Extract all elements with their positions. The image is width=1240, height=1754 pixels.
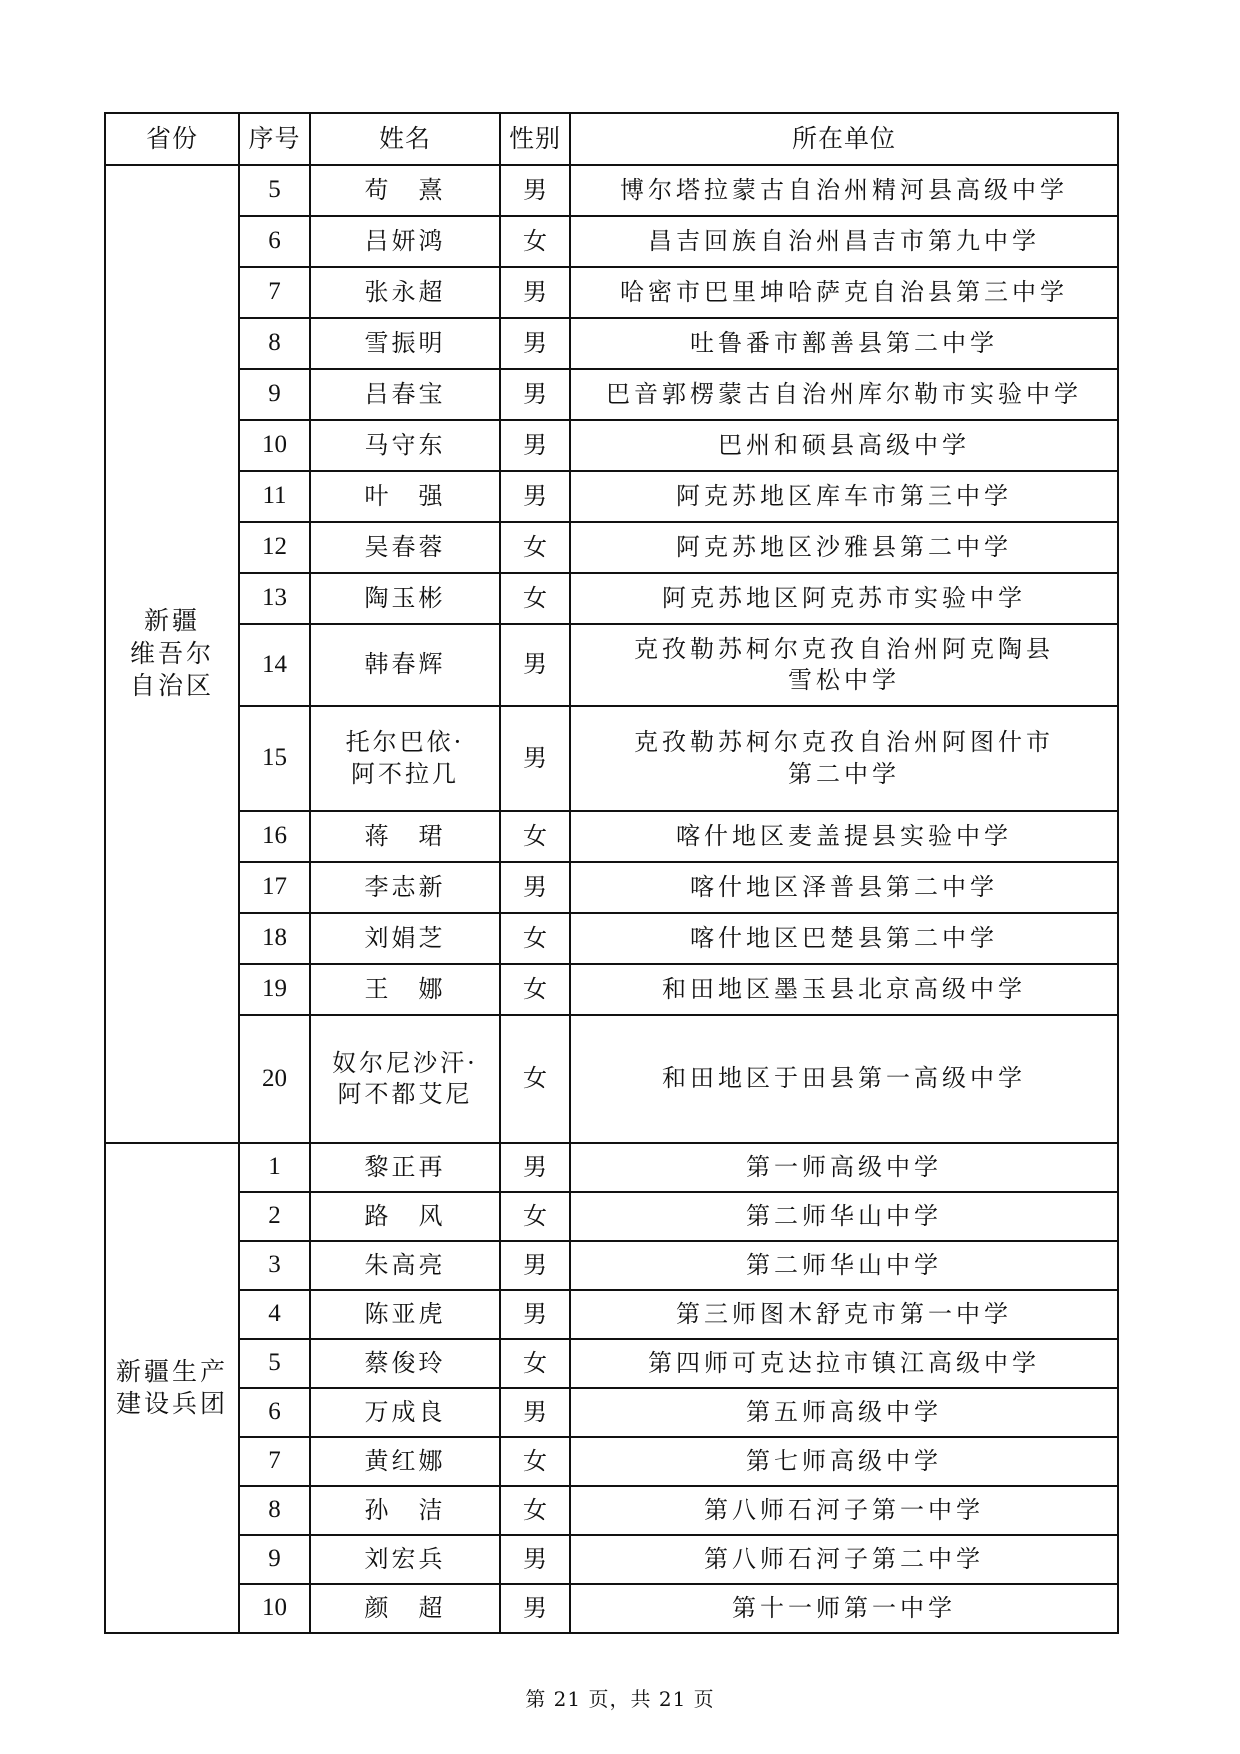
unit-cell: 第四师可克达拉市镇江高级中学 — [570, 1339, 1118, 1388]
name-cell: 吕春宝 — [310, 369, 500, 420]
unit-cell: 克孜勒苏柯尔克孜自治州阿克陶县 雪松中学 — [570, 624, 1118, 706]
name-cell: 吕妍鸿 — [310, 216, 500, 267]
table-row: 9吕春宝男巴音郭楞蒙古自治州库尔勒市实验中学 — [105, 369, 1118, 420]
table-header-row: 省份 序号 姓名 性别 所在单位 — [105, 113, 1118, 165]
unit-cell: 喀什地区泽普县第二中学 — [570, 862, 1118, 913]
index-cell: 10 — [239, 420, 310, 471]
gender-cell: 男 — [500, 165, 570, 216]
gender-cell: 女 — [500, 1437, 570, 1486]
table-row: 10颜 超男第十一师第一中学 — [105, 1584, 1118, 1633]
table-row: 4陈亚虎男第三师图木舒克市第一中学 — [105, 1290, 1118, 1339]
table-row: 13陶玉彬女阿克苏地区阿克苏市实验中学 — [105, 573, 1118, 624]
header-unit: 所在单位 — [570, 113, 1118, 165]
unit-cell: 巴音郭楞蒙古自治州库尔勒市实验中学 — [570, 369, 1118, 420]
province-cell: 新疆生产 建设兵团 — [105, 1143, 239, 1633]
unit-cell: 阿克苏地区库车市第三中学 — [570, 471, 1118, 522]
gender-cell: 女 — [500, 811, 570, 862]
name-cell: 陈亚虎 — [310, 1290, 500, 1339]
index-cell: 5 — [239, 1339, 310, 1388]
index-cell: 8 — [239, 1486, 310, 1535]
gender-cell: 女 — [500, 964, 570, 1015]
name-cell: 雪振明 — [310, 318, 500, 369]
name-cell: 奴尔尼沙汗· 阿不都艾尼 — [310, 1015, 500, 1143]
gender-cell: 男 — [500, 1290, 570, 1339]
table-row: 6万成良男第五师高级中学 — [105, 1388, 1118, 1437]
unit-cell: 第八师石河子第一中学 — [570, 1486, 1118, 1535]
table-row: 7黄红娜女第七师高级中学 — [105, 1437, 1118, 1486]
unit-cell: 阿克苏地区阿克苏市实验中学 — [570, 573, 1118, 624]
index-cell: 11 — [239, 471, 310, 522]
gender-cell: 男 — [500, 624, 570, 706]
unit-cell: 第十一师第一中学 — [570, 1584, 1118, 1633]
header-name: 姓名 — [310, 113, 500, 165]
table-row: 7张永超男哈密市巴里坤哈萨克自治县第三中学 — [105, 267, 1118, 318]
unit-cell: 喀什地区麦盖提县实验中学 — [570, 811, 1118, 862]
index-cell: 17 — [239, 862, 310, 913]
unit-cell: 阿克苏地区沙雅县第二中学 — [570, 522, 1118, 573]
gender-cell: 男 — [500, 1388, 570, 1437]
gender-cell: 男 — [500, 1535, 570, 1584]
gender-cell: 男 — [500, 420, 570, 471]
table-row: 15托尔巴依· 阿不拉几男克孜勒苏柯尔克孜自治州阿图什市 第二中学 — [105, 706, 1118, 811]
unit-cell: 博尔塔拉蒙古自治州精河县高级中学 — [570, 165, 1118, 216]
index-cell: 5 — [239, 165, 310, 216]
gender-cell: 女 — [500, 216, 570, 267]
index-cell: 1 — [239, 1143, 310, 1192]
province-cell: 新疆 维吾尔 自治区 — [105, 165, 239, 1143]
table-row: 17李志新男喀什地区泽普县第二中学 — [105, 862, 1118, 913]
gender-cell: 男 — [500, 267, 570, 318]
table-row: 2路 风女第二师华山中学 — [105, 1192, 1118, 1241]
gender-cell: 女 — [500, 1339, 570, 1388]
name-cell: 刘娟芝 — [310, 913, 500, 964]
index-cell: 7 — [239, 1437, 310, 1486]
table-row: 新疆 维吾尔 自治区5苟 熹男博尔塔拉蒙古自治州精河县高级中学 — [105, 165, 1118, 216]
name-cell: 托尔巴依· 阿不拉几 — [310, 706, 500, 811]
index-cell: 6 — [239, 216, 310, 267]
header-province: 省份 — [105, 113, 239, 165]
index-cell: 12 — [239, 522, 310, 573]
roster-table: 省份 序号 姓名 性别 所在单位 新疆 维吾尔 自治区5苟 熹男博尔塔拉蒙古自治… — [104, 112, 1119, 1634]
unit-cell: 吐鲁番市鄯善县第二中学 — [570, 318, 1118, 369]
name-cell: 孙 洁 — [310, 1486, 500, 1535]
index-cell: 15 — [239, 706, 310, 811]
name-cell: 王 娜 — [310, 964, 500, 1015]
unit-cell: 和田地区于田县第一高级中学 — [570, 1015, 1118, 1143]
unit-cell: 第八师石河子第二中学 — [570, 1535, 1118, 1584]
index-cell: 10 — [239, 1584, 310, 1633]
name-cell: 李志新 — [310, 862, 500, 913]
name-cell: 蒋 珺 — [310, 811, 500, 862]
index-cell: 14 — [239, 624, 310, 706]
index-cell: 9 — [239, 369, 310, 420]
unit-cell: 喀什地区巴楚县第二中学 — [570, 913, 1118, 964]
unit-cell: 第一师高级中学 — [570, 1143, 1118, 1192]
unit-cell: 和田地区墨玉县北京高级中学 — [570, 964, 1118, 1015]
gender-cell: 男 — [500, 1584, 570, 1633]
unit-cell: 哈密市巴里坤哈萨克自治县第三中学 — [570, 267, 1118, 318]
index-cell: 3 — [239, 1241, 310, 1290]
name-cell: 颜 超 — [310, 1584, 500, 1633]
name-cell: 路 风 — [310, 1192, 500, 1241]
name-cell: 吴春蓉 — [310, 522, 500, 573]
table-row: 14韩春辉男克孜勒苏柯尔克孜自治州阿克陶县 雪松中学 — [105, 624, 1118, 706]
unit-cell: 昌吉回族自治州昌吉市第九中学 — [570, 216, 1118, 267]
unit-cell: 第三师图木舒克市第一中学 — [570, 1290, 1118, 1339]
table-row: 3朱高亮男第二师华山中学 — [105, 1241, 1118, 1290]
unit-cell: 第二师华山中学 — [570, 1192, 1118, 1241]
gender-cell: 男 — [500, 471, 570, 522]
name-cell: 黄红娜 — [310, 1437, 500, 1486]
index-cell: 2 — [239, 1192, 310, 1241]
gender-cell: 女 — [500, 1015, 570, 1143]
table-body: 新疆 维吾尔 自治区5苟 熹男博尔塔拉蒙古自治州精河县高级中学6吕妍鸿女昌吉回族… — [105, 165, 1118, 1633]
gender-cell: 男 — [500, 1143, 570, 1192]
table-row: 9刘宏兵男第八师石河子第二中学 — [105, 1535, 1118, 1584]
index-cell: 13 — [239, 573, 310, 624]
unit-cell: 第二师华山中学 — [570, 1241, 1118, 1290]
gender-cell: 女 — [500, 913, 570, 964]
index-cell: 7 — [239, 267, 310, 318]
gender-cell: 男 — [500, 369, 570, 420]
name-cell: 黎正再 — [310, 1143, 500, 1192]
gender-cell: 女 — [500, 1192, 570, 1241]
table-row: 5蔡俊玲女第四师可克达拉市镇江高级中学 — [105, 1339, 1118, 1388]
gender-cell: 男 — [500, 1241, 570, 1290]
gender-cell: 男 — [500, 706, 570, 811]
name-cell: 叶 强 — [310, 471, 500, 522]
name-cell: 陶玉彬 — [310, 573, 500, 624]
name-cell: 万成良 — [310, 1388, 500, 1437]
header-gender: 性别 — [500, 113, 570, 165]
table-row: 12吴春蓉女阿克苏地区沙雅县第二中学 — [105, 522, 1118, 573]
index-cell: 16 — [239, 811, 310, 862]
page-number: 第 21 页，共 21 页 — [0, 1683, 1240, 1712]
table-row: 11叶 强男阿克苏地区库车市第三中学 — [105, 471, 1118, 522]
gender-cell: 女 — [500, 1486, 570, 1535]
index-cell: 20 — [239, 1015, 310, 1143]
table-row: 8雪振明男吐鲁番市鄯善县第二中学 — [105, 318, 1118, 369]
gender-cell: 女 — [500, 573, 570, 624]
table-row: 8孙 洁女第八师石河子第一中学 — [105, 1486, 1118, 1535]
gender-cell: 女 — [500, 522, 570, 573]
unit-cell: 克孜勒苏柯尔克孜自治州阿图什市 第二中学 — [570, 706, 1118, 811]
table-row: 新疆生产 建设兵团1黎正再男第一师高级中学 — [105, 1143, 1118, 1192]
name-cell: 张永超 — [310, 267, 500, 318]
index-cell: 9 — [239, 1535, 310, 1584]
unit-cell: 第七师高级中学 — [570, 1437, 1118, 1486]
name-cell: 刘宏兵 — [310, 1535, 500, 1584]
index-cell: 19 — [239, 964, 310, 1015]
table-row: 16蒋 珺女喀什地区麦盖提县实验中学 — [105, 811, 1118, 862]
gender-cell: 男 — [500, 318, 570, 369]
gender-cell: 男 — [500, 862, 570, 913]
index-cell: 8 — [239, 318, 310, 369]
table-row: 6吕妍鸿女昌吉回族自治州昌吉市第九中学 — [105, 216, 1118, 267]
index-cell: 6 — [239, 1388, 310, 1437]
name-cell: 朱高亮 — [310, 1241, 500, 1290]
index-cell: 18 — [239, 913, 310, 964]
name-cell: 蔡俊玲 — [310, 1339, 500, 1388]
table-row: 20奴尔尼沙汗· 阿不都艾尼女和田地区于田县第一高级中学 — [105, 1015, 1118, 1143]
name-cell: 马守东 — [310, 420, 500, 471]
table-row: 18刘娟芝女喀什地区巴楚县第二中学 — [105, 913, 1118, 964]
unit-cell: 第五师高级中学 — [570, 1388, 1118, 1437]
unit-cell: 巴州和硕县高级中学 — [570, 420, 1118, 471]
header-index: 序号 — [239, 113, 310, 165]
name-cell: 韩春辉 — [310, 624, 500, 706]
name-cell: 苟 熹 — [310, 165, 500, 216]
table-row: 19王 娜女和田地区墨玉县北京高级中学 — [105, 964, 1118, 1015]
table-row: 10马守东男巴州和硕县高级中学 — [105, 420, 1118, 471]
index-cell: 4 — [239, 1290, 310, 1339]
